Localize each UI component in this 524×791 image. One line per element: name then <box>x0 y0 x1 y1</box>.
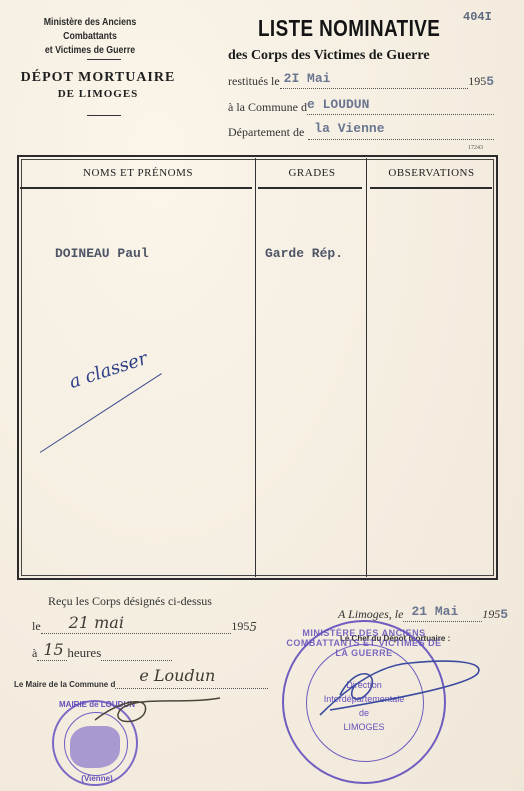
column-header-grades: GRADES <box>257 158 367 188</box>
chef-signature-icon <box>310 645 490 720</box>
departement-label: Département de <box>228 125 304 140</box>
limoges-date: 21 Mai <box>411 604 458 619</box>
heures-label: heures <box>67 645 101 661</box>
year-suffix: 5 <box>249 620 257 634</box>
divider <box>87 59 121 60</box>
reception-hour: 15 <box>43 640 63 659</box>
divider <box>87 115 121 116</box>
reception-date-field: le 21 mai 1955 <box>32 619 257 634</box>
departement-value: la Vienne <box>314 121 384 136</box>
column-divider <box>255 158 256 577</box>
departement-field: Département de la Vienne <box>228 125 494 140</box>
stamp-center-line4: LIMOGES <box>284 720 444 734</box>
restitues-label: restitués le <box>228 74 280 89</box>
column-header-observations: OBSERVATIONS <box>368 158 495 188</box>
maire-signature-icon <box>90 690 230 730</box>
ministry-header: Ministère des Anciens Combattants et Vic… <box>20 16 161 58</box>
commune-label: à la Commune d <box>228 100 307 115</box>
year-prefix: 195 <box>231 619 249 634</box>
year-suffix: 5 <box>486 74 494 89</box>
maire-commune-value: e Loudun <box>139 666 215 685</box>
depot-line1: DÉPOT MORTUAIRE <box>8 70 188 86</box>
reception-hour-field: à 15 heures <box>32 645 172 661</box>
reception-date: 21 mai <box>69 613 124 632</box>
print-code: 17243 <box>468 145 483 151</box>
document-subtitle: des Corps des Victimes de Guerre <box>228 48 430 64</box>
reception-heading: Reçu les Corps désignés ci-dessus <box>48 594 212 609</box>
restitues-field: restitués le 2I Mai 1955 <box>228 74 494 89</box>
row-grade: Garde Rép. <box>265 246 343 261</box>
ministry-line2: et Victimes de Guerre <box>20 44 161 58</box>
map-emblem-icon <box>70 726 120 768</box>
header-rule <box>20 187 252 189</box>
maire-label: Le Maire de la Commune d <box>14 680 115 689</box>
commune-field: à la Commune d e LOUDUN <box>228 100 494 115</box>
document-title: LISTE NOMINATIVE <box>258 15 440 42</box>
row-name: DOINEAU Paul <box>55 246 149 261</box>
restitues-value: 2I Mai <box>284 71 331 86</box>
header-rule <box>258 187 362 189</box>
depot-line2: DE LIMOGES <box>8 88 188 100</box>
year-prefix: 195 <box>468 74 486 89</box>
depot-header: DÉPOT MORTUAIRE DE LIMOGES <box>8 70 188 100</box>
maire-field: Le Maire de la Commune d e Loudun <box>14 674 268 689</box>
document-number: 404I <box>463 10 492 24</box>
commune-value: e LOUDUN <box>307 97 369 112</box>
year-prefix: 195 <box>482 607 500 622</box>
column-header-names: NOMS ET PRÉNOMS <box>20 158 256 188</box>
year-suffix: 5 <box>500 607 508 622</box>
ministry-line1: Ministère des Anciens Combattants <box>20 16 161 44</box>
header-rule <box>370 187 492 189</box>
stamp-text-bottom: (Vienne) <box>54 774 140 783</box>
le-label: le <box>32 619 41 634</box>
column-divider <box>366 158 367 577</box>
